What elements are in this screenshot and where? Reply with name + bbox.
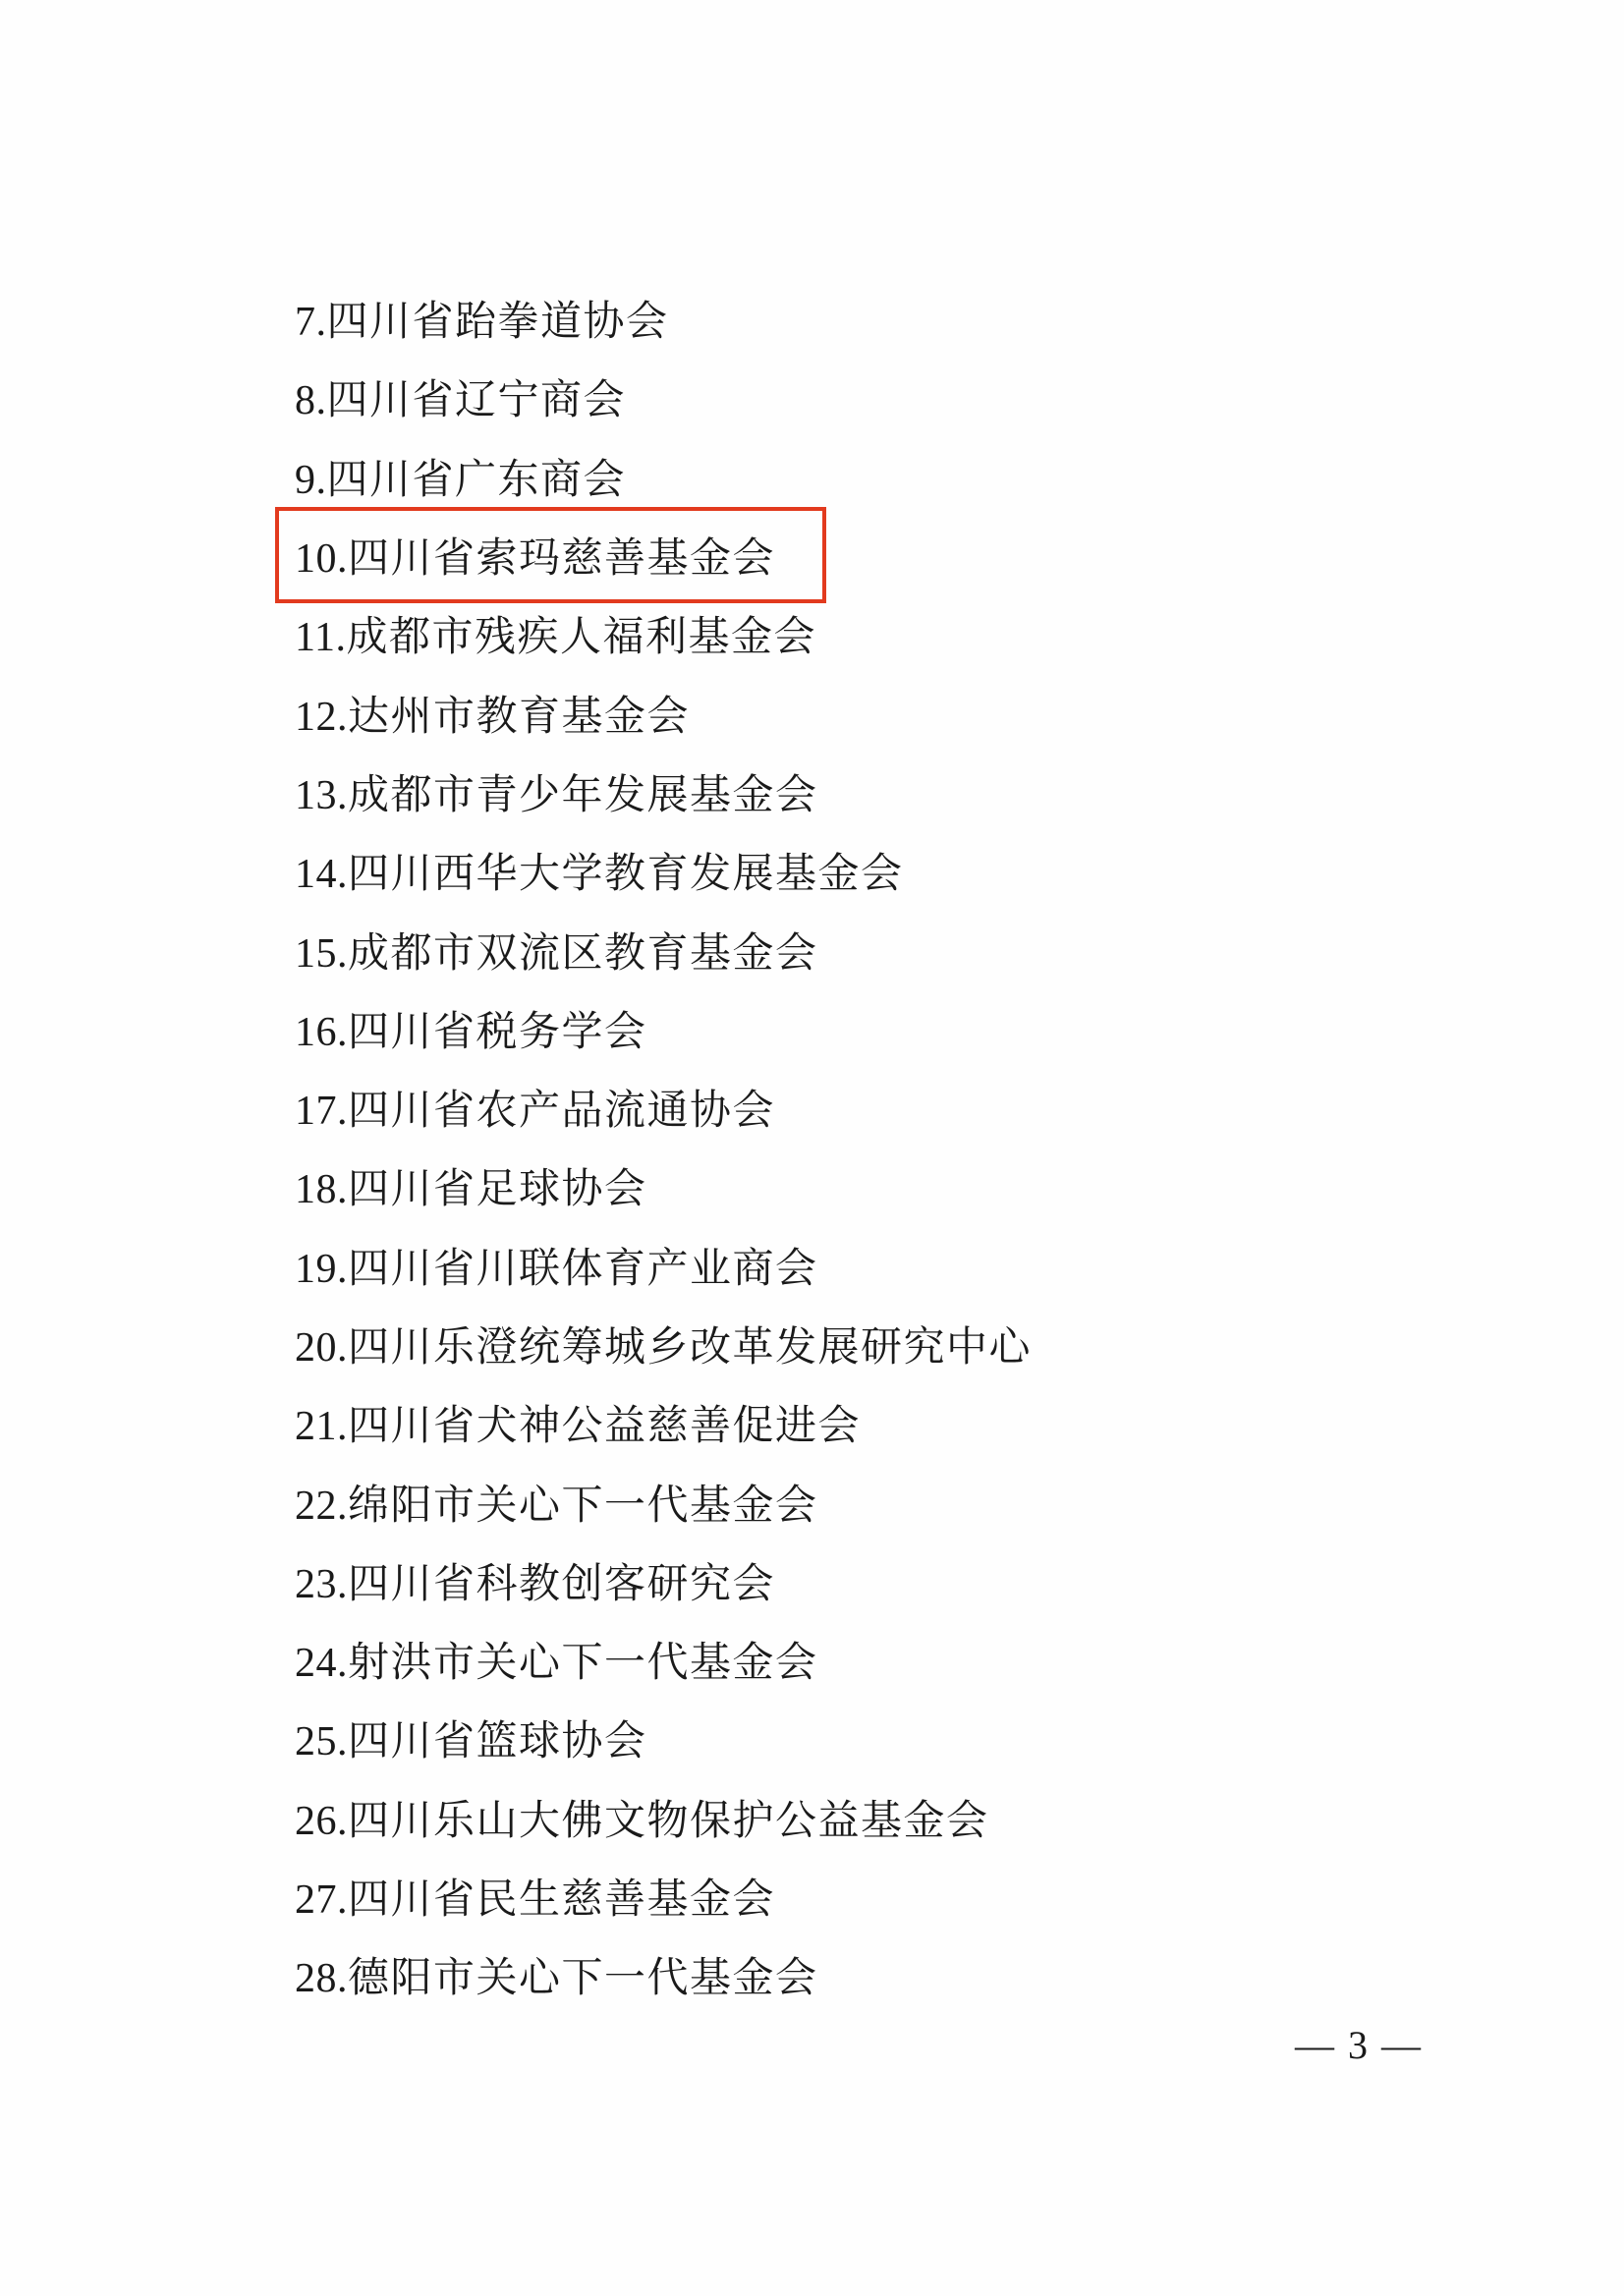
item-name: 绵阳市关心下一代基金会 <box>348 1473 818 1532</box>
list-item: 25.四川省篮球协会 <box>295 1699 1032 1777</box>
entry: 26.四川乐山大佛文物保护公益基金会 <box>295 1788 989 1847</box>
document-page: 7.四川省跆拳道协会8.四川省辽宁商会9.四川省广东商会10.四川省索玛慈善基金… <box>0 0 1624 2296</box>
item-name: 成都市残疾人福利基金会 <box>346 604 816 663</box>
list-item: 8.四川省辽宁商会 <box>295 358 1032 436</box>
item-name: 四川省足球协会 <box>348 1156 647 1215</box>
entry: 16.四川省税务学会 <box>295 999 647 1058</box>
item-name: 四川省犬神公益慈善促进会 <box>348 1393 861 1452</box>
item-name: 四川省税务学会 <box>348 999 647 1058</box>
item-name: 四川省科教创客研究会 <box>348 1551 775 1610</box>
entry: 28.德阳市关心下一代基金会 <box>295 1945 818 2004</box>
item-number: 11. <box>295 614 346 661</box>
item-number: 20. <box>295 1324 348 1372</box>
item-number: 9. <box>295 457 327 504</box>
list-item: 17.四川省农产品流通协会 <box>295 1068 1032 1147</box>
page-number: — 3 — <box>1295 2022 1423 2068</box>
entry: 13.成都市青少年发展基金会 <box>295 762 818 821</box>
item-name: 四川省民生慈善基金会 <box>348 1867 775 1926</box>
organization-list: 7.四川省跆拳道协会8.四川省辽宁商会9.四川省广东商会10.四川省索玛慈善基金… <box>295 279 1032 2015</box>
item-name: 四川乐澄统筹城乡改革发展研究中心 <box>348 1315 1032 1373</box>
entry: 19.四川省川联体育产业商会 <box>295 1236 818 1295</box>
item-number: 23. <box>295 1561 348 1608</box>
list-item: 16.四川省税务学会 <box>295 989 1032 1068</box>
item-name: 成都市双流区教育基金会 <box>348 921 818 980</box>
entry: 12.达州市教育基金会 <box>295 684 690 743</box>
item-name: 射洪市关心下一代基金会 <box>348 1630 818 1689</box>
list-item: 24.射洪市关心下一代基金会 <box>295 1620 1032 1699</box>
item-number: 14. <box>295 851 348 898</box>
item-number: 27. <box>295 1876 348 1924</box>
list-item: 10.四川省索玛慈善基金会 <box>295 516 1032 594</box>
highlighted-entry-box: 10.四川省索玛慈善基金会 <box>275 507 826 603</box>
item-number: 10. <box>295 535 348 583</box>
list-item: 13.成都市青少年发展基金会 <box>295 753 1032 831</box>
list-item: 26.四川乐山大佛文物保护公益基金会 <box>295 1778 1032 1857</box>
entry: 23.四川省科教创客研究会 <box>295 1551 775 1610</box>
item-name: 四川乐山大佛文物保护公益基金会 <box>348 1788 989 1847</box>
item-number: 17. <box>295 1088 348 1135</box>
item-number: 24. <box>295 1640 348 1687</box>
entry: 24.射洪市关心下一代基金会 <box>295 1630 818 1689</box>
item-number: 13. <box>295 772 348 819</box>
entry: 17.四川省农产品流通协会 <box>295 1078 775 1137</box>
item-number: 22. <box>295 1483 348 1530</box>
item-name: 四川省索玛慈善基金会 <box>348 526 775 585</box>
entry: 22.绵阳市关心下一代基金会 <box>295 1473 818 1532</box>
list-item: 18.四川省足球协会 <box>295 1147 1032 1225</box>
entry: 21.四川省犬神公益慈善促进会 <box>295 1393 861 1452</box>
item-name: 四川省辽宁商会 <box>327 367 627 426</box>
entry: 18.四川省足球协会 <box>295 1156 647 1215</box>
item-name: 达州市教育基金会 <box>348 684 690 743</box>
entry: 7.四川省跆拳道协会 <box>295 289 669 348</box>
list-item: 21.四川省犬神公益慈善促进会 <box>295 1383 1032 1462</box>
item-name: 四川省篮球协会 <box>348 1708 647 1767</box>
entry: 25.四川省篮球协会 <box>295 1708 647 1767</box>
item-number: 19. <box>295 1246 348 1293</box>
list-item: 22.绵阳市关心下一代基金会 <box>295 1462 1032 1540</box>
entry: 14.四川西华大学教育发展基金会 <box>295 841 904 900</box>
list-item: 20.四川乐澄统筹城乡改革发展研究中心 <box>295 1305 1032 1383</box>
list-item: 7.四川省跆拳道协会 <box>295 279 1032 358</box>
item-name: 四川省跆拳道协会 <box>327 289 669 348</box>
item-number: 12. <box>295 694 348 741</box>
item-number: 26. <box>295 1798 348 1845</box>
item-number: 28. <box>295 1955 348 2002</box>
entry: 15.成都市双流区教育基金会 <box>295 921 818 980</box>
list-item: 11.成都市残疾人福利基金会 <box>295 594 1032 673</box>
item-name: 德阳市关心下一代基金会 <box>348 1945 818 2004</box>
list-item: 15.成都市双流区教育基金会 <box>295 910 1032 988</box>
entry: 27.四川省民生慈善基金会 <box>295 1867 775 1926</box>
entry: 20.四川乐澄统筹城乡改革发展研究中心 <box>295 1315 1032 1373</box>
entry: 9.四川省广东商会 <box>295 447 626 506</box>
item-number: 18. <box>295 1166 348 1213</box>
item-number: 21. <box>295 1403 348 1450</box>
list-item: 14.四川西华大学教育发展基金会 <box>295 831 1032 910</box>
item-name: 成都市青少年发展基金会 <box>348 762 818 821</box>
entry: 11.成都市残疾人福利基金会 <box>295 604 816 663</box>
item-number: 8. <box>295 377 327 424</box>
item-number: 25. <box>295 1718 348 1765</box>
item-number: 16. <box>295 1009 348 1056</box>
list-item: 23.四川省科教创客研究会 <box>295 1541 1032 1620</box>
item-name: 四川省川联体育产业商会 <box>348 1236 818 1295</box>
list-item: 27.四川省民生慈善基金会 <box>295 1857 1032 1935</box>
list-item: 12.达州市教育基金会 <box>295 673 1032 752</box>
item-number: 7. <box>295 299 327 346</box>
item-number: 15. <box>295 930 348 978</box>
list-item: 9.四川省广东商会 <box>295 437 1032 516</box>
item-name: 四川省广东商会 <box>327 447 627 506</box>
item-name: 四川省农产品流通协会 <box>348 1078 775 1137</box>
list-item: 19.四川省川联体育产业商会 <box>295 1226 1032 1305</box>
entry: 8.四川省辽宁商会 <box>295 367 626 426</box>
item-name: 四川西华大学教育发展基金会 <box>348 841 904 900</box>
list-item: 28.德阳市关心下一代基金会 <box>295 1935 1032 2014</box>
